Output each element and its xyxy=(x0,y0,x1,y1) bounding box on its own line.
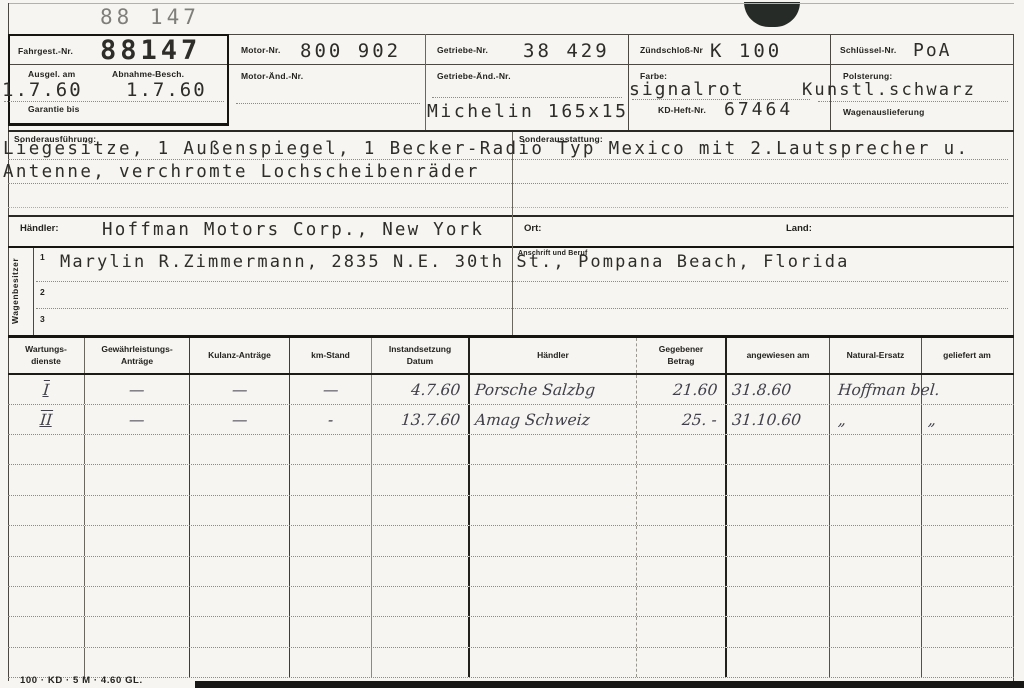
empty-cell xyxy=(922,496,1014,525)
cell-haendler: Amag Schweiz xyxy=(470,405,637,434)
empty-cell xyxy=(372,648,470,677)
empty-cell xyxy=(727,526,830,555)
cell-geliefert: „ xyxy=(922,405,1014,434)
empty-cell xyxy=(830,435,922,464)
empty-cell xyxy=(8,496,85,525)
empty-cell xyxy=(85,526,190,555)
dotted-rule xyxy=(8,159,1008,160)
cell-haendler: Porsche Salzbg xyxy=(470,375,637,404)
empty-cell xyxy=(190,465,290,494)
empty-cell xyxy=(727,435,830,464)
table-row: II — — - 13.7.60 Amag Schweiz 25. - 31.1… xyxy=(8,405,1014,435)
empty-cell xyxy=(637,465,727,494)
abnahme-label: Abnahme-Besch. xyxy=(112,69,184,79)
empty-cell xyxy=(470,496,637,525)
header-geliefert: geliefert am xyxy=(922,338,1014,373)
empty-cell xyxy=(830,465,922,494)
zuendschloss-label: Zündschloß-Nr xyxy=(640,45,703,55)
empty-cell xyxy=(727,465,830,494)
table-row: I — — — 4.7.60 Porsche Salzbg 21.60 31.8… xyxy=(8,375,1014,405)
empty-cell xyxy=(470,435,637,464)
getriebe-nr-value: 38 429 xyxy=(523,40,610,62)
empty-cell xyxy=(922,557,1014,586)
empty-cell xyxy=(637,435,727,464)
empty-cell xyxy=(290,648,372,677)
empty-cell xyxy=(372,617,470,646)
farbe-value: signalrot xyxy=(629,79,745,100)
empty-cell xyxy=(727,557,830,586)
pencil-note: 88 147 xyxy=(100,5,200,29)
punch-hole xyxy=(744,2,800,27)
empty-cell xyxy=(830,587,922,616)
rule-dealer-top xyxy=(8,215,1014,217)
empty-cell xyxy=(372,587,470,616)
cell-km: — xyxy=(290,375,372,404)
empty-cell xyxy=(85,617,190,646)
empty-cell xyxy=(727,648,830,677)
empty-cell xyxy=(85,465,190,494)
haendler-value: Hoffman Motors Corp., New York xyxy=(102,220,484,240)
empty-cell xyxy=(372,465,470,494)
rule-dealer-bottom xyxy=(8,246,1014,248)
empty-cell xyxy=(190,557,290,586)
cell-datum: 13.7.60 xyxy=(372,405,470,434)
abnahme-value: 1.7.60 xyxy=(126,79,207,101)
empty-cell xyxy=(830,496,922,525)
empty-cell xyxy=(290,496,372,525)
cell-dienst: I xyxy=(8,375,85,404)
table-empty-row xyxy=(8,496,1014,526)
header-km-stand: km-Stand xyxy=(290,338,372,373)
motor-nr-value: 800 902 xyxy=(300,40,401,62)
cell-betrag: 25. - xyxy=(637,405,727,434)
zuendschloss-value: K 100 xyxy=(710,40,782,62)
cell-dienst: II xyxy=(8,405,85,434)
empty-cell xyxy=(8,435,85,464)
empty-cell xyxy=(372,496,470,525)
empty-cell xyxy=(727,617,830,646)
table-empty-row xyxy=(8,526,1014,556)
empty-cell xyxy=(290,526,372,555)
empty-cell xyxy=(830,526,922,555)
owner-row2-number: 2 xyxy=(40,287,45,297)
owner-row1-number: 1 xyxy=(40,252,45,262)
header-angewiesen: angewiesen am xyxy=(727,338,830,373)
empty-cell xyxy=(290,557,372,586)
kd-heft-label: KD-Heft-Nr. xyxy=(658,105,706,115)
empty-cell xyxy=(85,648,190,677)
empty-cell xyxy=(922,587,1014,616)
getriebe-nr-label: Getriebe-Nr. xyxy=(437,45,488,55)
owner-side-divider xyxy=(33,248,34,335)
header-wartungsdienste: Wartungs-dienste xyxy=(8,338,85,373)
scan-edge-artifact xyxy=(195,681,1024,688)
header-instandsetzung: Instandsetzung Datum xyxy=(372,338,470,373)
empty-cell xyxy=(190,617,290,646)
ort-label: Ort: xyxy=(524,223,541,234)
ausgel-value: 1.7.60 xyxy=(2,79,83,101)
dotted-rule xyxy=(8,207,1008,208)
sonder-text-line1: Liegesitze, 1 Außenspiegel, 1 Becker-Rad… xyxy=(3,139,969,159)
table-empty-row xyxy=(8,435,1014,465)
empty-cell xyxy=(637,496,727,525)
dotted-rule xyxy=(818,101,1008,102)
getriebe-aend-label: Getriebe-Änd.-Nr. xyxy=(437,71,511,81)
empty-cell xyxy=(8,587,85,616)
header-kulanz: Kulanz-Anträge xyxy=(190,338,290,373)
empty-cell xyxy=(470,557,637,586)
cell-gewaehr: — xyxy=(85,405,190,434)
owner-row3-number: 3 xyxy=(40,314,45,324)
empty-cell xyxy=(8,526,85,555)
cell-betrag: 21.60 xyxy=(637,375,727,404)
table-empty-row xyxy=(8,648,1014,678)
empty-cell xyxy=(470,587,637,616)
empty-cell xyxy=(85,435,190,464)
empty-cell xyxy=(637,526,727,555)
schluessel-label: Schlüssel-Nr. xyxy=(840,45,896,55)
table-empty-row xyxy=(8,587,1014,617)
empty-cell xyxy=(190,526,290,555)
dotted-rule xyxy=(432,97,622,98)
sonder-text-line2: Antenne, verchromte Lochscheibenräder xyxy=(3,162,480,182)
empty-cell xyxy=(727,496,830,525)
empty-cell xyxy=(372,526,470,555)
tires-value: Michelin 165x15 xyxy=(427,101,629,122)
empty-cell xyxy=(922,465,1014,494)
empty-cell xyxy=(190,496,290,525)
form-code-footer: 100 · KD · 5 M · 4.60 GL. xyxy=(20,675,143,686)
motor-aend-label: Motor-Änd.-Nr. xyxy=(241,71,303,81)
empty-cell xyxy=(470,648,637,677)
empty-cell xyxy=(922,435,1014,464)
empty-cell xyxy=(85,587,190,616)
empty-cell xyxy=(470,617,637,646)
cell-angewiesen: 31.8.60 xyxy=(727,375,830,404)
garantie-label: Garantie bis xyxy=(28,104,80,114)
empty-cell xyxy=(190,587,290,616)
table-empty-row xyxy=(8,617,1014,647)
empty-cell xyxy=(470,526,637,555)
empty-cell xyxy=(922,526,1014,555)
empty-cell xyxy=(8,557,85,586)
fahrgest-label: Fahrgest.-Nr. xyxy=(18,46,73,56)
empty-cell xyxy=(637,557,727,586)
header-betrag: Gegebener Betrag xyxy=(637,338,727,373)
polsterung-value: Kunstl.schwarz xyxy=(802,80,976,100)
empty-cell xyxy=(830,617,922,646)
empty-cell xyxy=(290,617,372,646)
service-record-card: 88 147 Fahrgest.-Nr. 88147 Motor-Nr. 800… xyxy=(0,0,1024,688)
empty-cell xyxy=(190,648,290,677)
cell-natural: Hoffman bel. xyxy=(830,375,922,404)
cell-natural: „ xyxy=(830,405,922,434)
empty-cell xyxy=(922,617,1014,646)
motor-nr-label: Motor-Nr. xyxy=(241,45,281,55)
table-empty-row xyxy=(8,465,1014,495)
rule-row2-bottom xyxy=(8,130,1014,132)
empty-cell xyxy=(830,648,922,677)
service-table-header: Wartungs-dienste Gewährleistungs-Anträge… xyxy=(8,338,1014,375)
dotted-rule xyxy=(236,103,420,104)
header-gewaehrleistung: Gewährleistungs-Anträge xyxy=(85,338,190,373)
dotted-rule xyxy=(36,308,1008,309)
cell-datum: 4.7.60 xyxy=(372,375,470,404)
kd-heft-value: 67464 xyxy=(724,99,793,120)
empty-cell xyxy=(372,557,470,586)
empty-cell xyxy=(8,465,85,494)
wagenbesitzer-side-label: Wagenbesitzer xyxy=(10,250,30,332)
empty-cell xyxy=(8,648,85,677)
empty-cell xyxy=(290,435,372,464)
divider-motor-getriebe xyxy=(425,34,426,130)
land-label: Land: xyxy=(786,223,812,234)
auslieferung-label: Wagenauslieferung xyxy=(843,107,925,117)
cell-gewaehr: — xyxy=(85,375,190,404)
ausgel-label: Ausgel. am xyxy=(28,69,75,79)
center-divider xyxy=(512,132,513,335)
header-haendler: Händler xyxy=(470,338,637,373)
empty-cell xyxy=(85,496,190,525)
empty-cell xyxy=(637,617,727,646)
empty-cell xyxy=(85,557,190,586)
dotted-rule xyxy=(4,101,224,102)
empty-cell xyxy=(922,648,1014,677)
empty-cell xyxy=(190,435,290,464)
schluessel-value: PoA xyxy=(913,40,952,61)
empty-cell xyxy=(470,465,637,494)
cell-kulanz: — xyxy=(190,405,290,434)
service-table: Wartungs-dienste Gewährleistungs-Anträge… xyxy=(8,335,1014,678)
dotted-rule xyxy=(36,281,1008,282)
dotted-rule xyxy=(8,183,1008,184)
empty-cell xyxy=(637,648,727,677)
empty-cell xyxy=(8,617,85,646)
empty-cell xyxy=(290,465,372,494)
cell-km: - xyxy=(290,405,372,434)
table-empty-row xyxy=(8,557,1014,587)
empty-cell xyxy=(727,587,830,616)
cell-kulanz: — xyxy=(190,375,290,404)
empty-cell xyxy=(372,435,470,464)
empty-cell xyxy=(290,587,372,616)
haendler-label: Händler: xyxy=(20,223,59,234)
cell-angewiesen: 31.10.60 xyxy=(727,405,830,434)
card-top-rule xyxy=(8,3,1014,4)
header-natural-ersatz: Natural-Ersatz xyxy=(830,338,922,373)
owner-row1-value: Marylin R.Zimmermann, 2835 N.E. 30th St.… xyxy=(60,252,849,272)
fahrgest-value: 88147 xyxy=(100,35,201,66)
empty-cell xyxy=(637,587,727,616)
empty-cell xyxy=(830,557,922,586)
